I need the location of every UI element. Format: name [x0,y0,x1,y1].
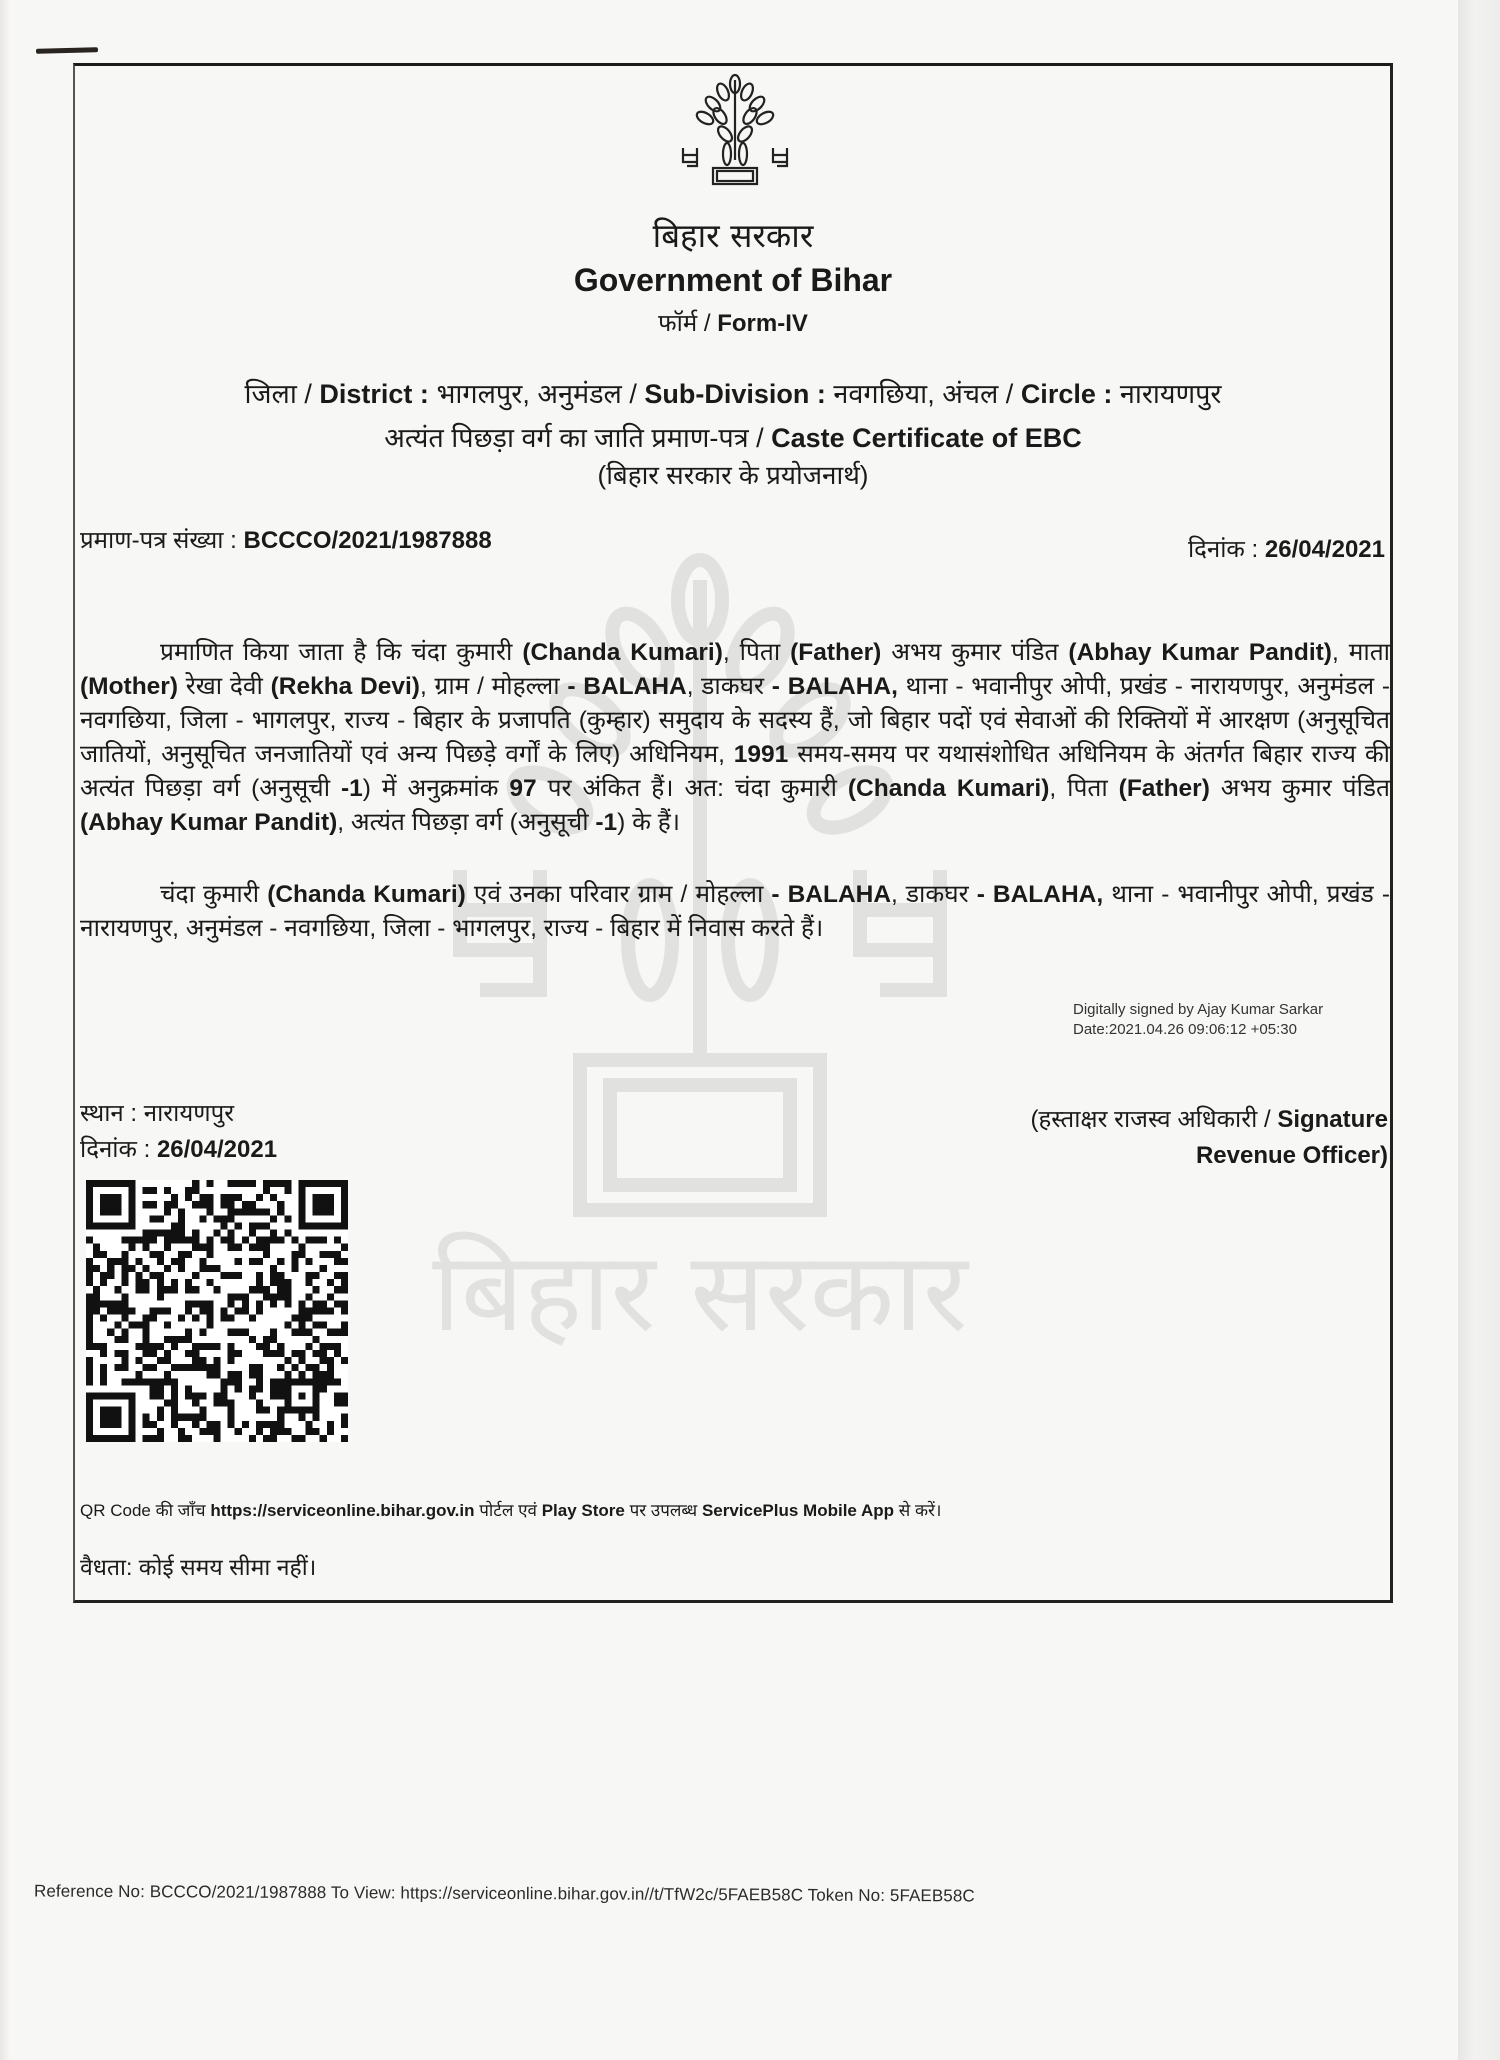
digital-signature-date: Date:2021.04.26 09:06:12 +05:30 [1073,1020,1323,1040]
government-title-hindi: बिहार सरकार [73,212,1393,257]
qr-verification-note: QR Code की जाँच https://serviceonline.bi… [80,1498,941,1523]
paper-edge-right [1458,0,1500,2060]
certificate-title-english: Caste Certificate of EBC [771,423,1082,453]
validity-note: वैधता: कोई समय सीमा नहीं। [80,1550,316,1582]
digital-signature-signer: Digitally signed by Ajay Kumar Sarkar [1073,1000,1323,1020]
place-value: नारायणपुर [144,1100,234,1127]
place-and-date: स्थान : नारायणपुर दिनांक : 26/04/2021 [80,1096,277,1168]
signature-label-hindi: (हस्ताक्षर राजस्व अधिकारी / [1030,1106,1277,1133]
digital-signature: Digitally signed by Ajay Kumar Sarkar Da… [1073,1000,1323,1040]
subdivision-label-hindi: अनुमंडल [537,379,622,409]
form-label-english: Form-IV [717,310,808,337]
circle-value: नारायणपुर [1120,379,1222,409]
certification-paragraph: प्रमाणित किया जाता है कि चंदा कुमारी (Ch… [80,636,1390,840]
certificate-purpose: (बिहार सरकार के प्रयोजनार्थ) [73,456,1393,492]
place-label: स्थान : [80,1100,137,1127]
subdivision-label: Sub-Division [644,379,809,409]
certificate-title-hindi: अत्यंत पिछड़ा वर्ग का जाति प्रमाण-पत्र [384,423,748,453]
bihar-emblem-icon [675,72,795,187]
issue-date-value: 26/04/2021 [157,1136,277,1163]
certificate-title: अत्यंत पिछड़ा वर्ग का जाति प्रमाण-पत्र /… [73,418,1393,455]
certificate-date: दिनांक : 26/04/2021 [1188,532,1385,565]
government-title-english: Government of Bihar [73,262,1393,299]
district-value: भागलपुर [436,379,522,409]
certificate-date-label: दिनांक : [1188,536,1258,563]
pen-mark [36,47,98,54]
district-label: District [319,379,412,409]
circle-label-hindi: अंचल [942,379,998,409]
signature-officer-title: Revenue Officer) [1196,1142,1388,1169]
signature-label-english: Signature [1277,1106,1388,1133]
certificate-date-value: 26/04/2021 [1265,536,1385,563]
certificate-number: प्रमाण-पत्र संख्या : BCCCO/2021/1987888 [80,523,492,556]
residence-paragraph: चंदा कुमारी (Chanda Kumari) एवं उनका परि… [80,878,1390,946]
form-number: फॉर्म / Form-IV [73,306,1393,339]
issue-date-label: दिनांक : [80,1136,150,1163]
district-label-hindi: जिला [245,379,297,409]
qr-code-icon[interactable] [86,1180,348,1442]
paper-edge-left [0,0,10,2060]
location-line: जिला / District : भागलपुर, अनुमंडल / Sub… [73,374,1393,411]
reference-footer: Reference No: BCCCO/2021/1987888 To View… [34,1882,975,1907]
signature-block: (हस्ताक्षर राजस्व अधिकारी / Signature Re… [1030,1102,1388,1174]
certificate-number-value: BCCCO/2021/1987888 [244,527,492,554]
circle-label: Circle [1021,379,1096,409]
subdivision-value: नवगछिया [833,379,927,409]
certificate-number-label: प्रमाण-पत्र संख्या : [80,527,237,554]
form-label-hindi: फॉर्म [658,310,697,337]
